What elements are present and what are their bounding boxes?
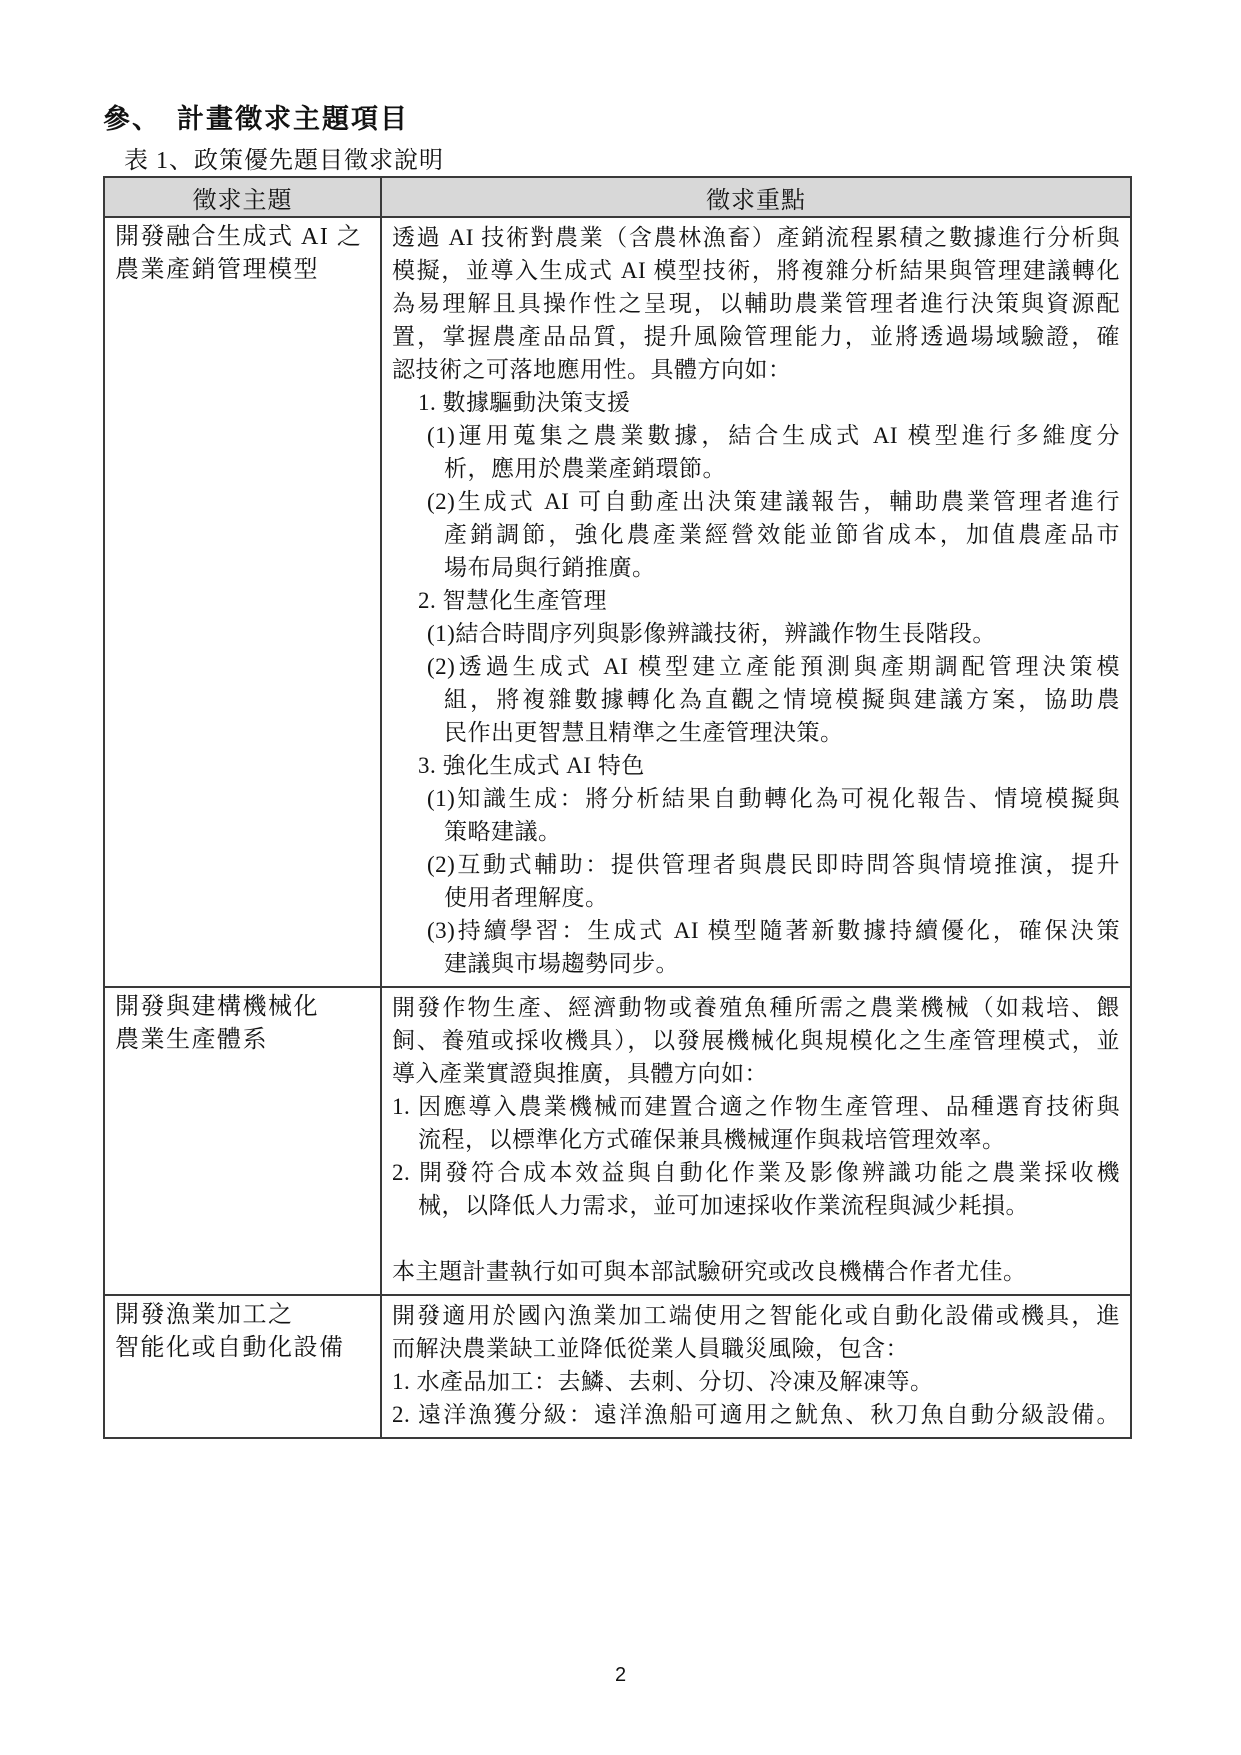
point-line: 產銷調節，強化農產業經營效能並節省成本，加值農產品市 xyxy=(444,518,1120,551)
point-line xyxy=(392,1222,1120,1255)
header-points: 徵求重點 xyxy=(381,177,1131,217)
point-line: (2)互動式輔助：提供管理者與農民即時問答與情境推演，提升 xyxy=(427,848,1120,881)
document-page: 參、計畫徵求主題項目 表 1、政策優先題目徵求說明 徵求主題 徵求重點 開發融合… xyxy=(0,0,1241,1755)
point-line: 建議與市場趨勢同步。 xyxy=(444,947,1120,980)
point-line: 飼、養殖或採收機具），以發展機械化與規模化之生產管理模式，並 xyxy=(392,1024,1120,1057)
topic-line: 智能化或自動化設備 xyxy=(115,1332,372,1365)
point-line: 1. 數據驅動決策支援 xyxy=(418,386,1120,419)
point-line: 1. 水產品加工：去鱗、去刺、分切、冷凍及解凍等。 xyxy=(392,1365,1120,1398)
table-caption: 表 1、政策優先題目徵求說明 xyxy=(124,140,444,175)
point-line: 策略建議。 xyxy=(444,815,1120,848)
point-line: 組，將複雜數據轉化為直觀之情境模擬與建議方案，協助農 xyxy=(444,683,1120,716)
topic-line: 開發融合生成式 AI 之 xyxy=(115,221,372,254)
topic-line: 農業產銷管理模型 xyxy=(115,254,372,287)
point-line: (1)結合時間序列與影像辨識技術，辨識作物生長階段。 xyxy=(427,617,1120,650)
topic-cell: 開發與建構機械化農業生產體系 xyxy=(104,987,381,1295)
point-line: 使用者理解度。 xyxy=(444,881,1120,914)
table-row: 開發與建構機械化農業生產體系開發作物生產、經濟動物或養殖魚種所需之農業機械（如栽… xyxy=(104,987,1131,1295)
topic-cell: 開發漁業加工之智能化或自動化設備 xyxy=(104,1295,381,1438)
point-line: 2. 開發符合成本效益與自動化作業及影像辨識功能之農業採收機 xyxy=(392,1156,1120,1189)
point-line: 流程，以標準化方式確保兼具機械運作與栽培管理效率。 xyxy=(418,1123,1120,1156)
point-line: 開發作物生產、經濟動物或養殖魚種所需之農業機械（如栽培、餵 xyxy=(392,991,1120,1024)
point-line: (3)持續學習：生成式 AI 模型隨著新數據持續優化，確保決策 xyxy=(427,914,1120,947)
point-line: (1)運用蒐集之農業數據，結合生成式 AI 模型進行多維度分 xyxy=(427,419,1120,452)
header-topic: 徵求主題 xyxy=(104,177,381,217)
point-line: (1)知識生成：將分析結果自動轉化為可視化報告、情境模擬與 xyxy=(427,782,1120,815)
point-line: 而解決農業缺工並降低從業人員職災風險，包含： xyxy=(392,1332,1120,1365)
point-line: 2. 智慧化生產管理 xyxy=(418,584,1120,617)
topic-line: 開發與建構機械化 xyxy=(115,991,372,1024)
points-cell: 透過 AI 技術對農業（含農林漁畜）產銷流程累積之數據進行分析與模擬，並導入生成… xyxy=(381,217,1131,987)
point-line: (2)透過生成式 AI 模型建立產能預測與產期調配管理決策模 xyxy=(427,650,1120,683)
point-line: 械，以降低人力需求，並可加速採收作業流程與減少耗損。 xyxy=(418,1189,1120,1222)
table-row: 開發融合生成式 AI 之農業產銷管理模型透過 AI 技術對農業（含農林漁畜）產銷… xyxy=(104,217,1131,987)
point-line: 透過 AI 技術對農業（含農林漁畜）產銷流程累積之數據進行分析與 xyxy=(392,221,1120,254)
table-header-row: 徵求主題 徵求重點 xyxy=(104,177,1131,217)
page-number: 2 xyxy=(0,1664,1241,1687)
point-line: 認技術之可落地應用性。具體方向如： xyxy=(392,353,1120,386)
points-cell: 開發適用於國內漁業加工端使用之智能化或自動化設備或機具，進而解決農業缺工並降低從… xyxy=(381,1295,1131,1438)
point-line: 民作出更智慧且精準之生產管理決策。 xyxy=(444,716,1120,749)
table-row: 開發漁業加工之智能化或自動化設備開發適用於國內漁業加工端使用之智能化或自動化設備… xyxy=(104,1295,1131,1438)
topic-line: 農業生產體系 xyxy=(115,1024,372,1057)
topic-cell: 開發融合生成式 AI 之農業產銷管理模型 xyxy=(104,217,381,987)
point-line: 3. 強化生成式 AI 特色 xyxy=(418,749,1120,782)
topic-line: 開發漁業加工之 xyxy=(115,1299,372,1332)
point-line: 2. 遠洋漁獲分級：遠洋漁船可適用之魷魚、秋刀魚自動分級設備。 xyxy=(392,1398,1120,1431)
point-line: 為易理解且具操作性之呈現，以輔助農業管理者進行決策與資源配 xyxy=(392,287,1120,320)
points-cell: 開發作物生產、經濟動物或養殖魚種所需之農業機械（如栽培、餵飼、養殖或採收機具），… xyxy=(381,987,1131,1295)
point-line: 場布局與行銷推廣。 xyxy=(444,551,1120,584)
request-table: 徵求主題 徵求重點 開發融合生成式 AI 之農業產銷管理模型透過 AI 技術對農… xyxy=(103,176,1132,1439)
section-heading: 參、計畫徵求主題項目 xyxy=(103,97,409,136)
point-line: 1. 因應導入農業機械而建置合適之作物生產管理、品種選育技術與 xyxy=(392,1090,1120,1123)
point-line: (2)生成式 AI 可自動產出決策建議報告，輔助農業管理者進行 xyxy=(427,485,1120,518)
point-line: 析，應用於農業產銷環節。 xyxy=(444,452,1120,485)
section-title: 計畫徵求主題項目 xyxy=(177,104,409,134)
point-line: 導入產業實證與推廣，具體方向如： xyxy=(392,1057,1120,1090)
section-number: 參、 xyxy=(103,104,161,134)
point-line: 模擬，並導入生成式 AI 模型技術，將複雜分析結果與管理建議轉化 xyxy=(392,254,1120,287)
table-body: 開發融合生成式 AI 之農業產銷管理模型透過 AI 技術對農業（含農林漁畜）產銷… xyxy=(104,217,1131,1438)
point-line: 開發適用於國內漁業加工端使用之智能化或自動化設備或機具，進 xyxy=(392,1299,1120,1332)
point-line: 置，掌握農產品品質，提升風險管理能力，並將透過場域驗證，確 xyxy=(392,320,1120,353)
point-line: 本主題計畫執行如可與本部試驗研究或改良機構合作者尤佳。 xyxy=(392,1255,1120,1288)
